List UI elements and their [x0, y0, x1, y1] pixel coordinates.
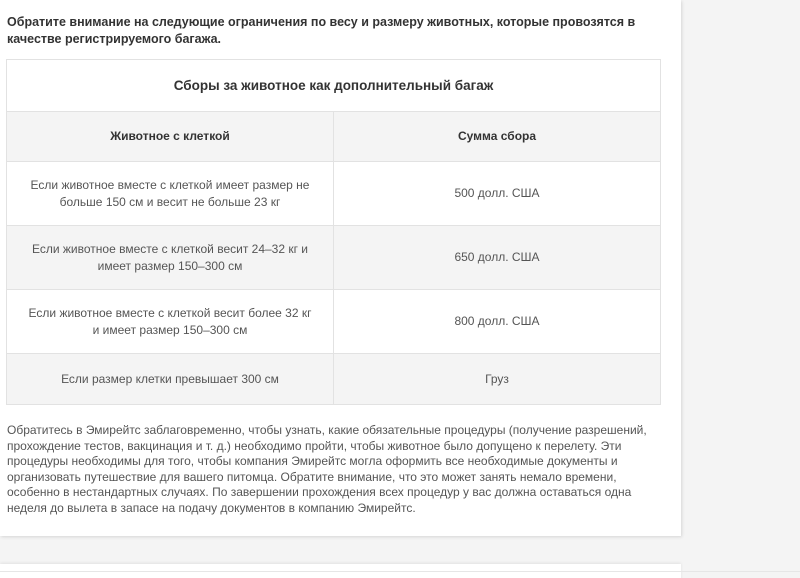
condition-cell: Если животное вместе с клеткой весит бол… — [7, 290, 334, 354]
condition-cell: Если размер клетки превышает 300 см — [7, 354, 334, 405]
fee-cell: Груз — [334, 354, 661, 405]
procedures-notice: Обратитесь в Эмирейтс заблаговременно, ч… — [7, 423, 667, 517]
table-row: Если размер клетки превышает 300 см Груз — [7, 354, 661, 405]
table-row: Если животное вместе с клеткой весит 24–… — [7, 226, 661, 290]
column-header-animal: Животное с клеткой — [7, 112, 334, 162]
condition-cell: Если животное вместе с клеткой весит 24–… — [7, 226, 334, 290]
fee-cell: 800 долл. США — [334, 290, 661, 354]
table-title: Сборы за животное как дополнительный баг… — [7, 60, 661, 112]
table-row: Если животное вместе с клеткой имеет раз… — [7, 162, 661, 226]
divider — [0, 571, 800, 572]
column-header-fee: Сумма сбора — [334, 112, 661, 162]
fee-cell: 500 долл. США — [334, 162, 661, 226]
fee-cell: 650 долл. США — [334, 226, 661, 290]
intro-notice: Обратите внимание на следующие ограничен… — [7, 14, 667, 48]
table-row: Если животное вместе с клеткой весит бол… — [7, 290, 661, 354]
pet-fees-table: Сборы за животное как дополнительный баг… — [6, 59, 661, 405]
condition-cell: Если животное вместе с клеткой имеет раз… — [7, 162, 334, 226]
content-card: Обратите внимание на следующие ограничен… — [0, 0, 681, 536]
